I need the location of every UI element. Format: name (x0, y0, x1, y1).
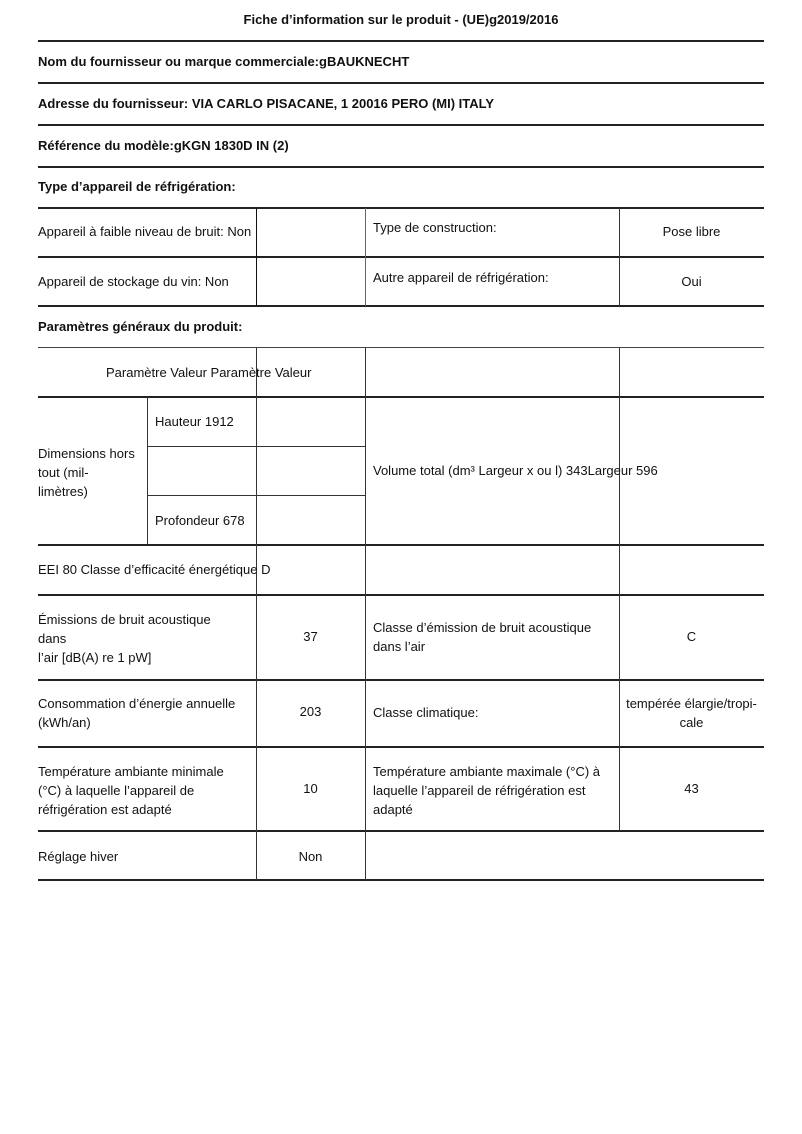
other-appliance-label: Autre appareil de réfrigération: (373, 268, 549, 287)
label-line: limètres) (38, 482, 135, 501)
energy-efficiency: EEI 80 Classe d’efficacité énergétique D (38, 560, 270, 579)
supplier-name: Nom du fournisseur ou marque commerciale… (38, 52, 409, 71)
height-value: Hauteur 1912 (155, 412, 234, 431)
col-rule (256, 348, 257, 880)
dimensions-label: Dimensions hors tout (mil- limètres) (38, 444, 135, 501)
construction-type-value: Pose libre (619, 222, 764, 241)
label-line: dans l’air (373, 637, 591, 656)
noise-class-value: C (619, 627, 764, 646)
rule (38, 830, 764, 832)
noise-class-label: Classe d’émission de bruit acoustique da… (373, 618, 591, 656)
col-rule (619, 348, 620, 831)
label-line: Température ambiante maximale (°C) à (373, 762, 600, 781)
col-rule (365, 208, 366, 306)
label-line: dans (38, 629, 211, 648)
noise-label: Émissions de bruit acoustique dans l’air… (38, 610, 211, 667)
document-title: Fiche d’information sur le produit - (UE… (0, 10, 802, 29)
col-rule (256, 208, 257, 306)
construction-type-label: Type de construction: (373, 218, 497, 237)
min-temp-value: 10 (256, 779, 365, 798)
rule (38, 879, 764, 881)
rule (38, 594, 764, 596)
label-line: laquelle l’appareil de réfrigération est (373, 781, 600, 800)
noise-value: 37 (256, 627, 365, 646)
energy-value: 203 (256, 702, 365, 721)
label-line: tout (mil- (38, 463, 135, 482)
wine-storage-appliance: Appareil de stockage du vin: Non (38, 272, 229, 291)
depth-value: Profondeur 678 (155, 511, 245, 530)
col-rule (365, 348, 366, 880)
rule (38, 124, 764, 126)
other-appliance-value: Oui (619, 272, 764, 291)
climate-class-label: Classe climatique: (373, 703, 479, 722)
label-line: Consommation d’énergie annuelle (38, 694, 235, 713)
model-reference: Référence du modèle:gKGN 1830D IN (2) (38, 136, 289, 155)
value-line: tempérée élargie/tropi- (614, 694, 769, 713)
col-rule (147, 397, 148, 545)
max-temp-label: Température ambiante maximale (°C) à laq… (373, 762, 600, 819)
energy-label: Consommation d’énergie annuelle (kWh/an) (38, 694, 235, 732)
rule (38, 207, 764, 209)
supplier-address: Adresse du fournisseur: VIA CARLO PISACA… (38, 94, 494, 113)
volume-width-value: Volume total (dm³ Largeur x ou l) 343Lar… (373, 461, 658, 480)
label-line: Température ambiante minimale (38, 762, 224, 781)
low-noise-appliance: Appareil à faible niveau de bruit: Non (38, 222, 251, 241)
rule (38, 40, 764, 42)
winter-setting-label: Réglage hiver (38, 847, 118, 866)
label-line: (°C) à laquelle l’appareil de (38, 781, 224, 800)
winter-setting-value: Non (256, 847, 365, 866)
label-line: Dimensions hors (38, 444, 135, 463)
value-line: cale (614, 713, 769, 732)
general-params-heading: Paramètres généraux du produit: (38, 317, 242, 336)
rule (38, 305, 764, 307)
label-line: Classe d’émission de bruit acoustique (373, 618, 591, 637)
rule (38, 166, 764, 168)
label-line: adapté (373, 800, 600, 819)
rule (38, 347, 764, 348)
rule (38, 746, 764, 748)
max-temp-value: 43 (619, 779, 764, 798)
climate-class-value: tempérée élargie/tropi- cale (614, 694, 769, 732)
label-line: réfrigération est adapté (38, 800, 224, 819)
rule (38, 82, 764, 84)
rule (38, 679, 764, 681)
params-header: Paramètre Valeur Paramètre Valeur (106, 363, 311, 382)
min-temp-label: Température ambiante minimale (°C) à laq… (38, 762, 224, 819)
rule (38, 256, 764, 258)
appliance-type-heading: Type d’appareil de réfrigération: (38, 177, 236, 196)
label-line: (kWh/an) (38, 713, 235, 732)
label-line: Émissions de bruit acoustique (38, 610, 211, 629)
label-line: l’air [dB(A) re 1 pW] (38, 648, 211, 667)
